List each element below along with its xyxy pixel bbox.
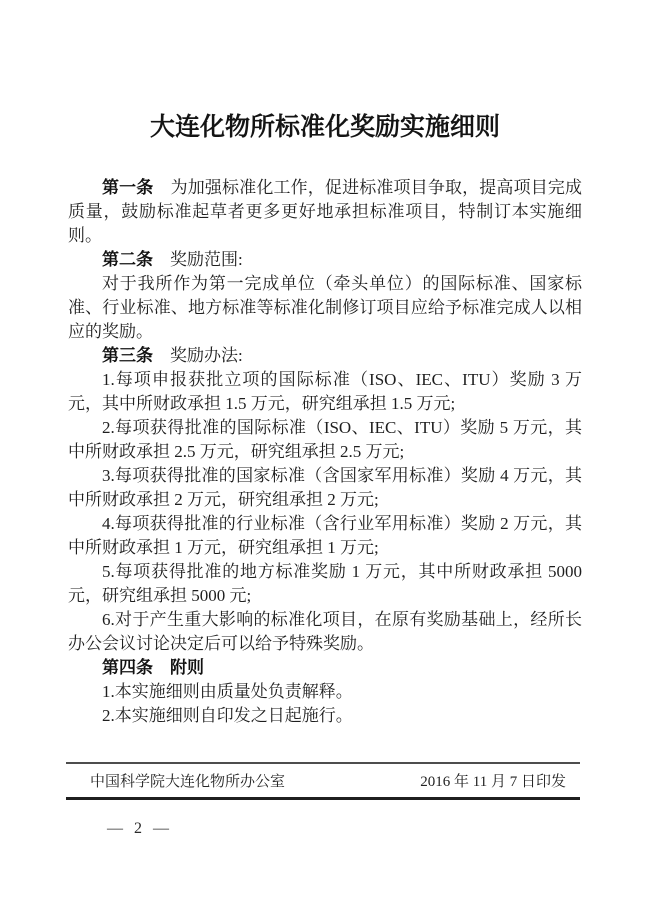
article-text: 奖励范围: [153,250,243,269]
article-text: 附则 [153,658,204,677]
body-paragraph: 4.每项获得批准的行业标准（含行业军用标准）奖励 2 万元，其中所财政承担 1 … [68,512,582,560]
body-paragraph: 1.本实施细则由质量处负责解释。 [68,680,582,704]
document-title: 大连化物所标准化奖励实施细则 [0,112,650,144]
page-number-dash-right: — [153,820,169,838]
body-paragraph: 1.每项申报获批立项的国际标准（ISO、IEC、ITU）奖励 3 万元，其中所财… [68,368,582,416]
article-paragraph: 第三条 奖励办法: [68,344,582,368]
body-paragraph: 2.本实施细则自印发之日起施行。 [68,704,582,728]
footer-issue-date: 2016 年 11 月 7 日印发 [420,770,566,791]
body-paragraph: 5.每项获得批准的地方标准奖励 1 万元，其中所财政承担 5000 元，研究组承… [68,560,582,608]
footer-rule-bottom [66,797,580,800]
document-body: 第一条 为加强标准化工作，促进标准项目争取，提高项目完成质量，鼓励标准起草者更多… [68,176,582,728]
page-number: — 2 — [107,820,169,838]
footer-row: 中国科学院大连化物所办公室 2016 年 11 月 7 日印发 [66,764,580,797]
body-paragraph: 6.对于产生重大影响的标准化项目，在原有奖励基础上，经所长办公会议讨论决定后可以… [68,608,582,656]
body-paragraph: 3.每项获得批准的国家标准（含国家军用标准）奖励 4 万元，其中所财政承担 2 … [68,464,582,512]
page-number-dash-left: — [107,820,123,838]
article-label: 第二条 [102,250,153,269]
body-paragraph: 2.每项获得批准的国际标准（ISO、IEC、ITU）奖励 5 万元，其中所财政承… [68,416,582,464]
article-label: 第四条 [102,658,153,677]
article-paragraph: 第一条 为加强标准化工作，促进标准项目争取，提高项目完成质量，鼓励标准起草者更多… [68,176,582,248]
article-paragraph: 第四条 附则 [68,656,582,680]
page-number-value: 2 [134,820,142,838]
document-page: 大连化物所标准化奖励实施细则 第一条 为加强标准化工作，促进标准项目争取，提高项… [0,0,650,919]
article-label: 第三条 [102,346,153,365]
footer-issuer: 中国科学院大连化物所办公室 [90,770,285,791]
document-footer: 中国科学院大连化物所办公室 2016 年 11 月 7 日印发 [66,762,580,800]
article-paragraph: 第二条 奖励范围: [68,248,582,272]
article-text: 奖励办法: [153,346,243,365]
article-label: 第一条 [102,178,153,197]
body-paragraph: 对于我所作为第一完成单位（牵头单位）的国际标准、国家标准、行业标准、地方标准等标… [68,272,582,344]
